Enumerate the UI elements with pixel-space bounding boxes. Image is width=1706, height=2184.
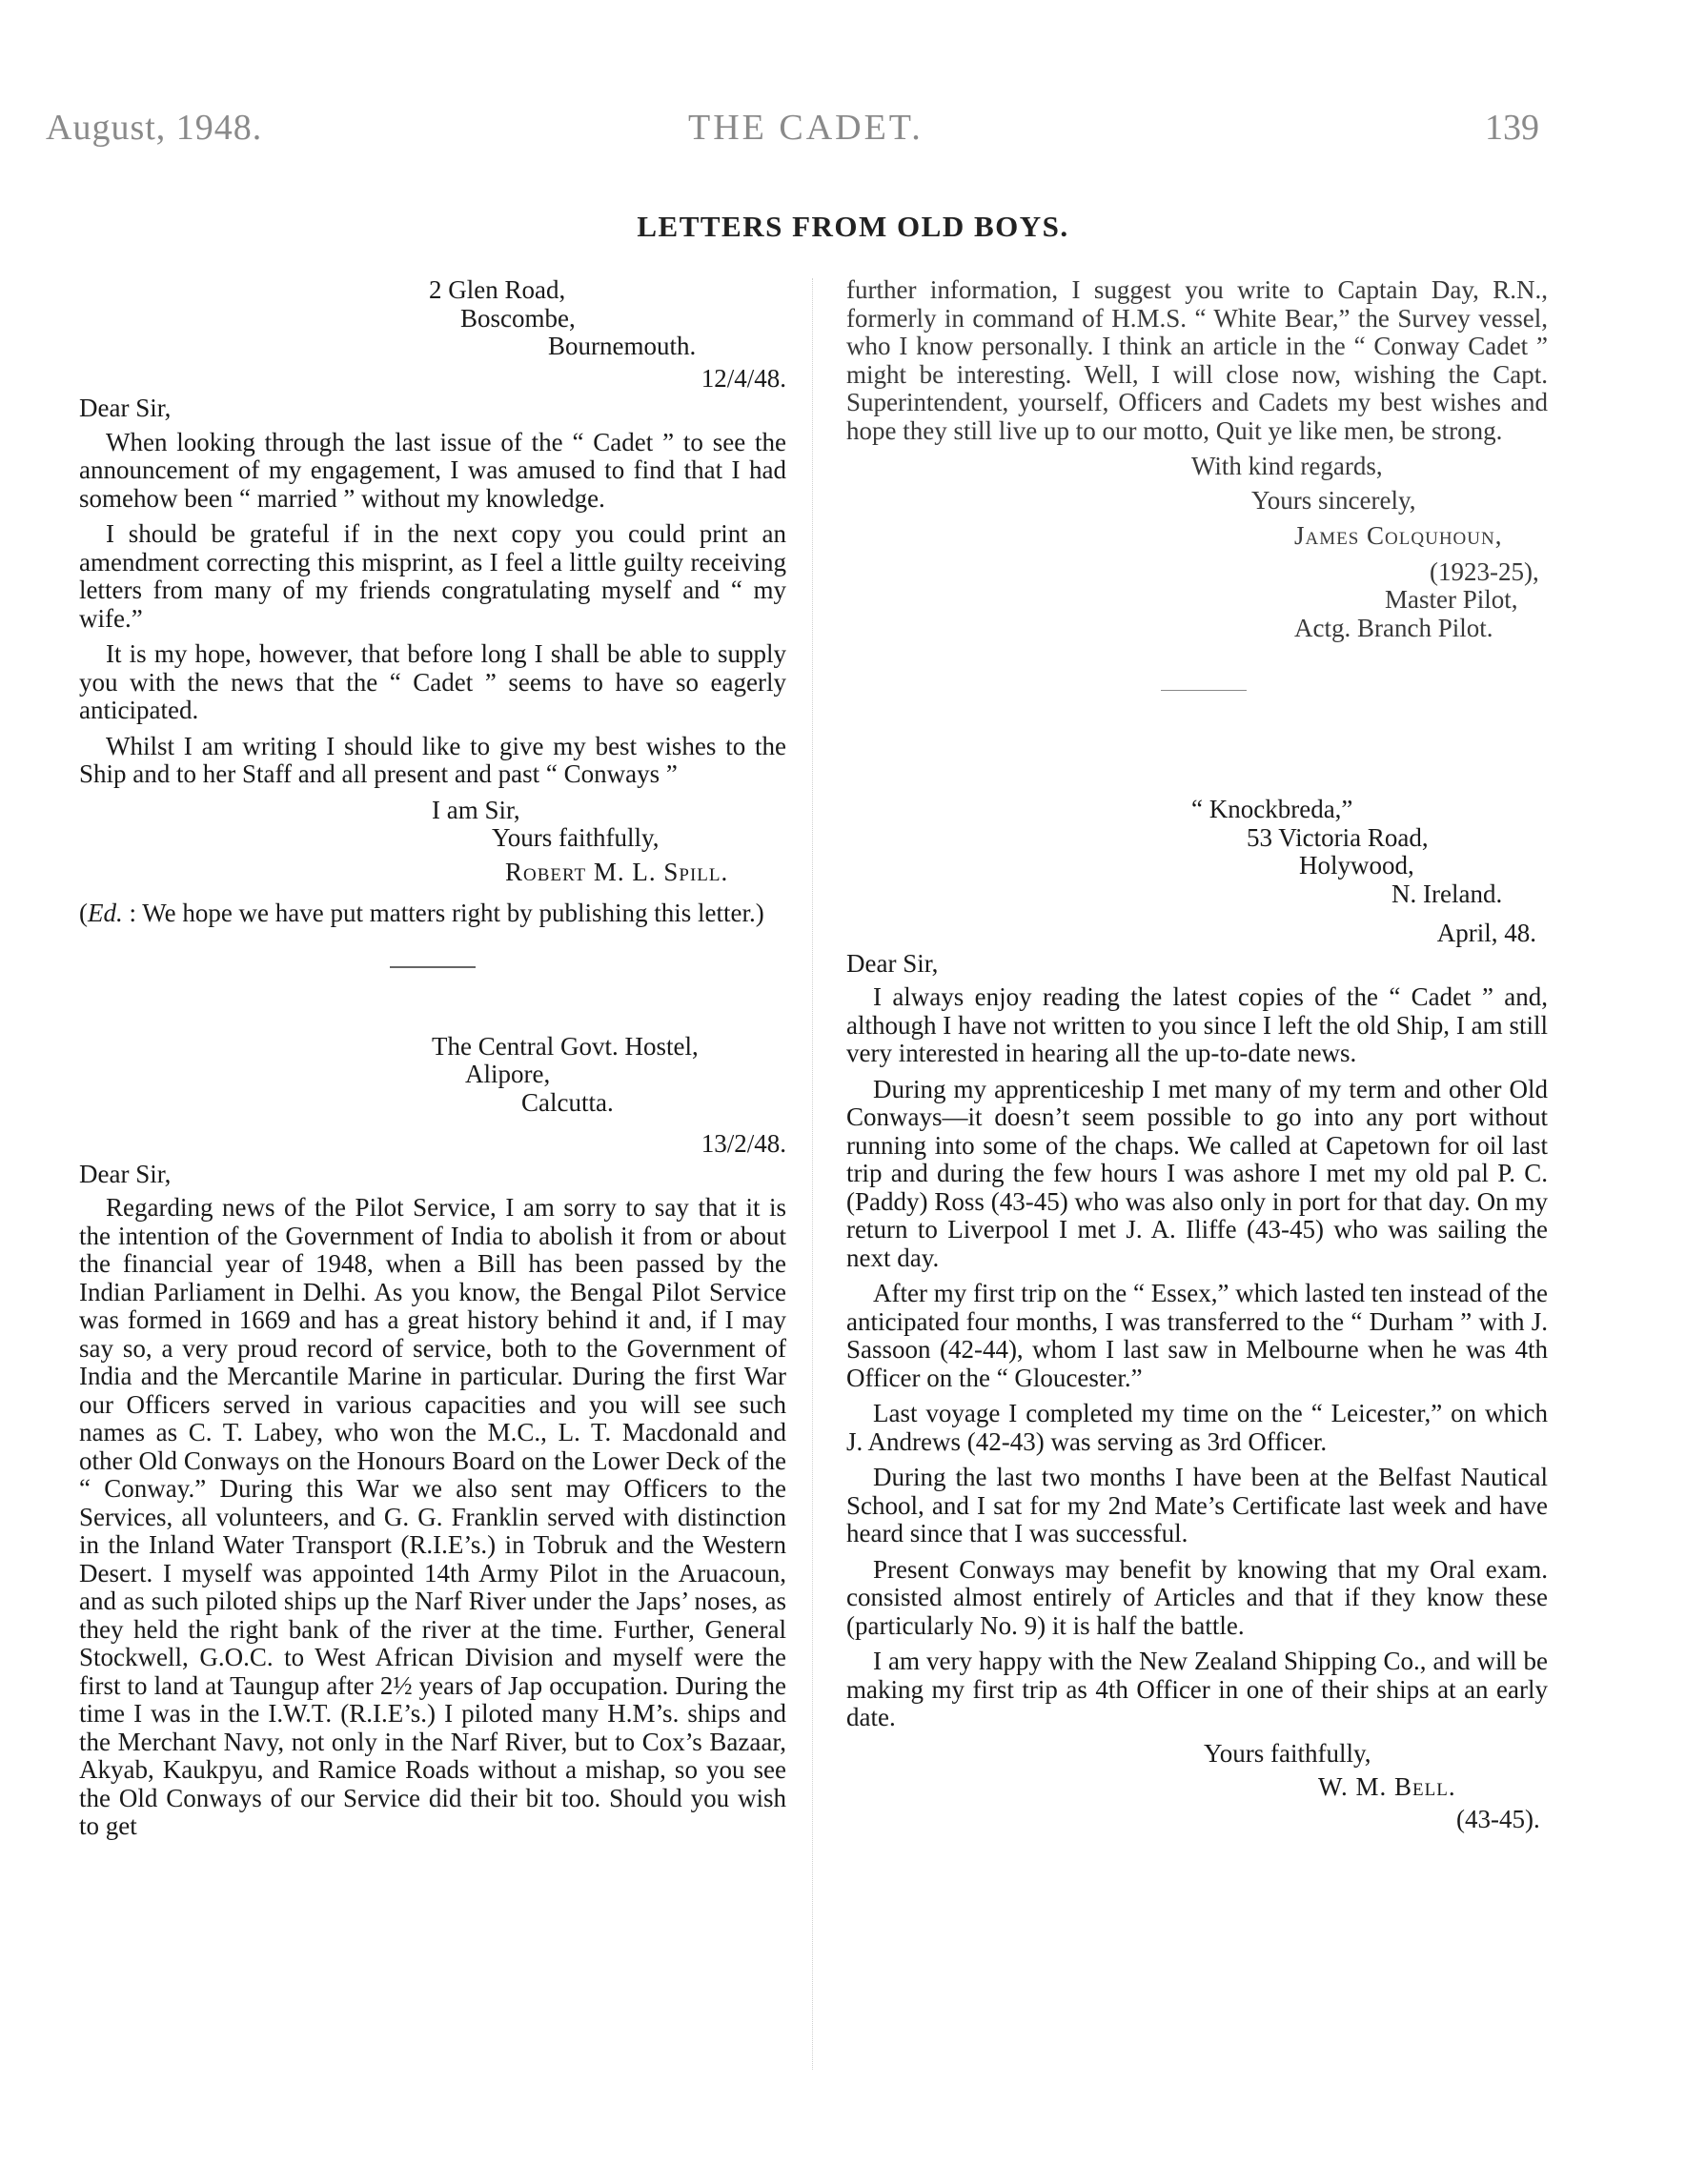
closing-line: I am Sir, <box>79 797 786 825</box>
paragraph: I am very happy with the New Zealand Shi… <box>846 1648 1548 1732</box>
address-line: Alipore, <box>79 1061 786 1089</box>
signature: W. M. Bell. <box>846 1773 1548 1802</box>
publication-title: THE CADET. <box>688 107 924 149</box>
address-line: The Central Govt. Hostel, <box>79 1033 786 1062</box>
letter-colquhoun-continued: further information, I suggest you write… <box>846 276 1548 642</box>
signature: James Colquhoun, <box>846 522 1548 551</box>
paragraph: Last voyage I completed my time on the “… <box>846 1400 1548 1456</box>
closing-line: With kind regards, <box>846 453 1548 481</box>
paragraph: Present Conways may benefit by knowing t… <box>846 1556 1548 1641</box>
editor-note-label: Ed. <box>88 899 123 927</box>
salutation: Dear Sir, <box>79 1161 786 1189</box>
column-right: further information, I suggest you write… <box>846 276 1548 1833</box>
letter-address: The Central Govt. Hostel, Alipore, Calcu… <box>79 1033 786 1118</box>
signature-detail: Actg. Branch Pilot. <box>846 615 1548 643</box>
paragraph: Regarding news of the Pilot Service, I a… <box>79 1194 786 1841</box>
closing-line: Yours sincerely, <box>846 487 1548 516</box>
issue-date: August, 1948. <box>46 107 262 149</box>
letter-date: 12/4/48. <box>79 365 786 394</box>
separator-rule <box>1161 690 1247 691</box>
address-line: N. Ireland. <box>846 880 1548 909</box>
salutation: Dear Sir, <box>846 950 1548 979</box>
paragraph: During my apprenticeship I met many of m… <box>846 1076 1548 1273</box>
salutation: Dear Sir, <box>79 394 786 423</box>
address-line: 2 Glen Road, <box>79 276 786 305</box>
page-number: 139 <box>1485 107 1539 149</box>
address-line: Calcutta. <box>79 1089 786 1118</box>
paragraph: It is my hope, however, that before long… <box>79 640 786 725</box>
letter-address: 2 Glen Road, Boscombe, Bournemouth. <box>79 276 786 361</box>
signature-detail: (43-45). <box>846 1806 1548 1834</box>
editor-note: (Ed. : We hope we have put matters right… <box>79 900 786 928</box>
paragraph: Whilst I am writing I should like to giv… <box>79 733 786 789</box>
paragraph: When looking through the last issue of t… <box>79 429 786 514</box>
page-title: LETTERS FROM OLD BOYS. <box>0 210 1706 244</box>
closing-line: Yours faithfully, <box>846 1740 1548 1769</box>
column-left: 2 Glen Road, Boscombe, Bournemouth. 12/4… <box>79 276 786 1849</box>
signature-detail: Master Pilot, <box>846 586 1548 615</box>
address-line: 53 Victoria Road, <box>846 824 1548 853</box>
paragraph: further information, I suggest you write… <box>846 276 1548 445</box>
address-line: Bournemouth. <box>79 333 786 361</box>
letter-address: “ Knockbreda,” 53 Victoria Road, Holywoo… <box>846 796 1548 908</box>
address-line: Holywood, <box>846 852 1548 880</box>
letter-closing: I am Sir, Yours faithfully, Robert M. L.… <box>79 797 786 887</box>
paragraph: During the last two months I have been a… <box>846 1464 1548 1548</box>
editor-note-text: : We hope we have put matters right by p… <box>123 899 764 927</box>
paragraph: I always enjoy reading the latest copies… <box>846 983 1548 1068</box>
paragraph: I should be grateful if in the next copy… <box>79 520 786 633</box>
letter-closing: With kind regards, Yours sincerely, Jame… <box>846 453 1548 642</box>
letter-date: April, 48. <box>846 920 1548 948</box>
letter-bell: “ Knockbreda,” 53 Victoria Road, Holywoo… <box>846 796 1548 1833</box>
running-head: August, 1948. THE CADET. 139 <box>0 107 1706 154</box>
address-line: “ Knockbreda,” <box>846 796 1548 824</box>
signature: Robert M. L. Spill. <box>79 859 786 887</box>
column-divider <box>812 278 813 2070</box>
letter-spill: 2 Glen Road, Boscombe, Bournemouth. 12/4… <box>79 276 786 928</box>
paragraph: After my first trip on the “ Essex,” whi… <box>846 1280 1548 1392</box>
signature-detail: (1923-25), <box>846 558 1548 587</box>
separator-rule <box>390 966 476 968</box>
letter-date: 13/2/48. <box>79 1130 786 1159</box>
letter-colquhoun: The Central Govt. Hostel, Alipore, Calcu… <box>79 1033 786 1841</box>
closing-line: Yours faithfully, <box>79 824 786 853</box>
address-line: Boscombe, <box>79 305 786 334</box>
letter-closing: Yours faithfully, W. M. Bell. (43-45). <box>846 1740 1548 1834</box>
